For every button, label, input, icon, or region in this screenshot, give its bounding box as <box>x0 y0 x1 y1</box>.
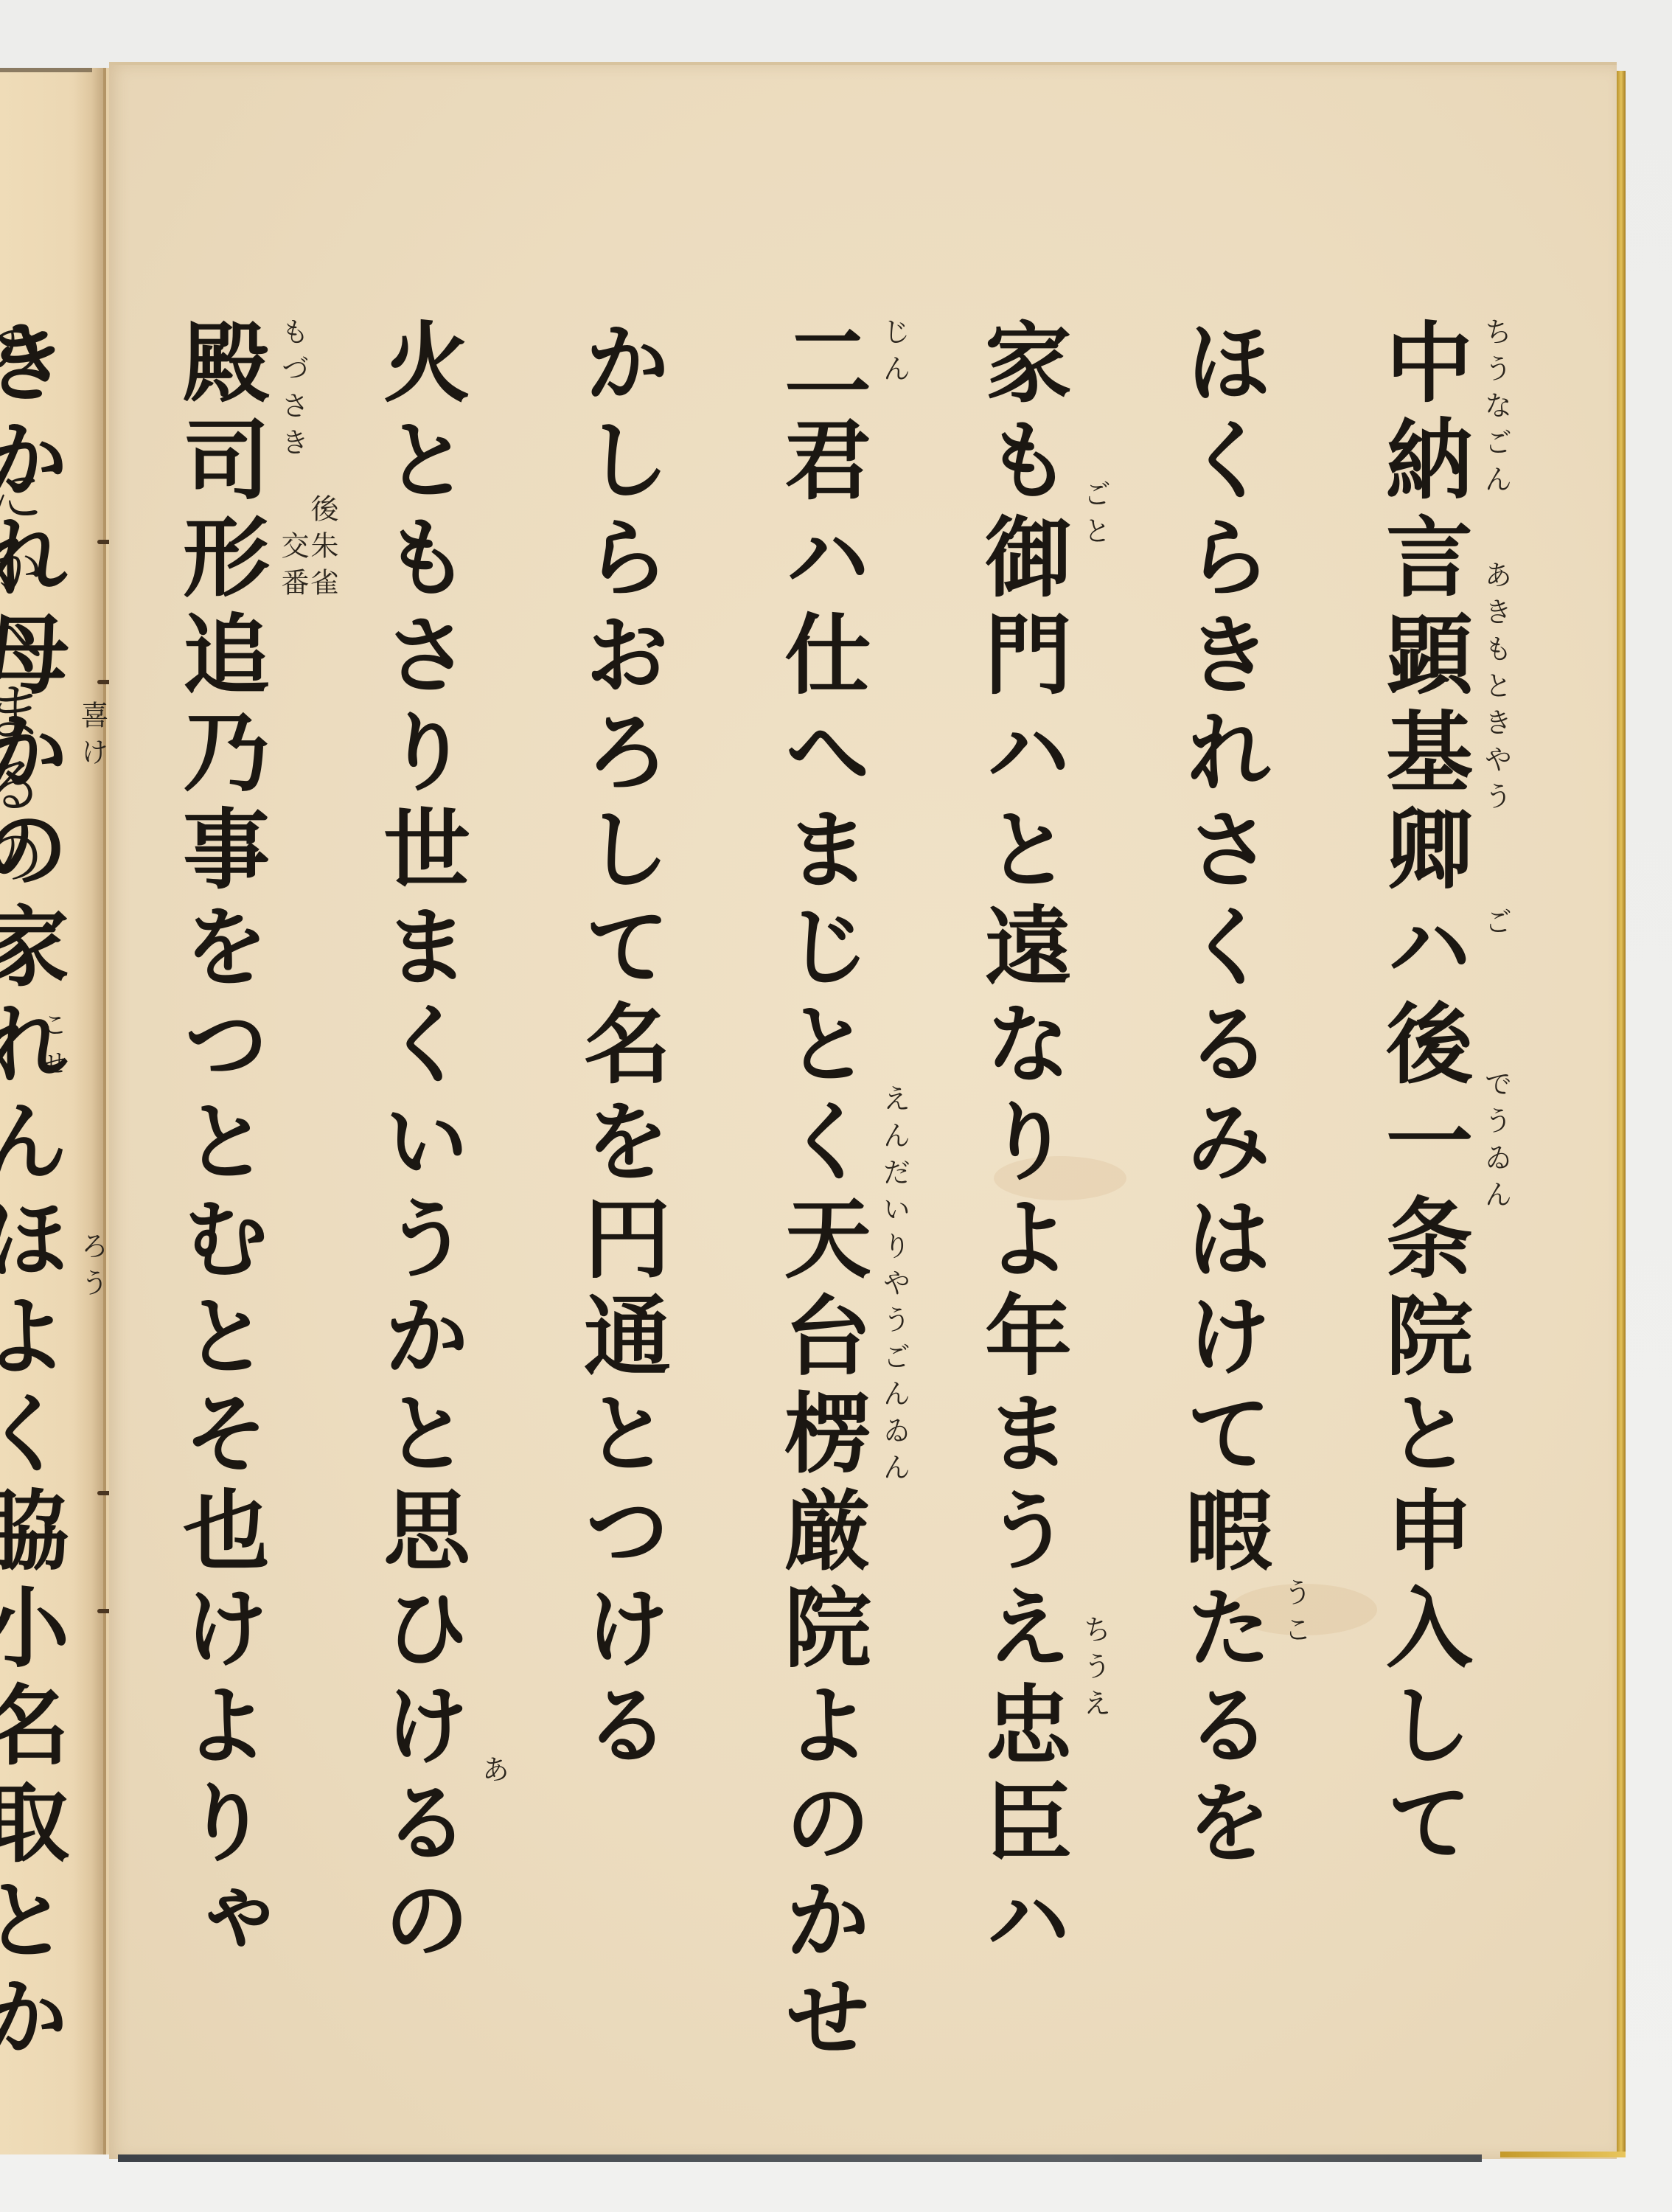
text-column-4: 二君ハ仕へまじとく天台楞厳院よのかせ じん えんだいりやうごんゐん <box>752 317 952 2072</box>
furigana: じん <box>880 317 908 391</box>
column-main-text: かしらおろして名を円通とつける <box>577 317 663 1777</box>
furigana: ご <box>1482 907 1510 944</box>
furigana: 交番 <box>279 531 307 605</box>
cover-bottom-edge <box>118 2154 1482 2162</box>
furigana: えんだいりやうごんゐん <box>880 1084 908 1489</box>
furigana: うこ <box>1281 1578 1309 1652</box>
column-main-text: 殿司形追乃事をつとむとそ也けよりゃ <box>175 317 262 1972</box>
text-column-5: かしらおろして名を円通とつける <box>551 317 752 2072</box>
text-column-1: 中納言顕基卿ハ後一条院と申入して ちうなごん あきもときやう ご でうゐん <box>1354 317 1554 2072</box>
text-column-8: きかれ母かの家れんほよく脇小名取とかあまここ 喜け ろう <box>0 317 150 2072</box>
text-columns: 中納言顕基卿ハ後一条院と申入して ちうなごん あきもときやう ご でうゐん ほく… <box>0 317 1554 2072</box>
gilt-page-edge <box>1617 71 1626 2154</box>
furigana: もづさき <box>279 317 307 465</box>
gilt-bottom-edge <box>1500 2152 1626 2157</box>
column-main-text: 二君ハ仕へまじとく天台楞厳院よのかせ <box>777 317 864 2069</box>
column-main-text: 家も御門ハと遠なりよ年まうえ忠臣ハ <box>978 317 1065 1972</box>
column-main-text: ほくらきれさくるみはけて暇たるを <box>1178 317 1265 1874</box>
column-main-text: 火ともさり世まくいうかと思ひけるの <box>376 317 463 1972</box>
furigana: ちうえ <box>1081 1615 1109 1725</box>
furigana: あきもときやう <box>1482 560 1510 818</box>
text-column-3: 家も御門ハと遠なりよ年まうえ忠臣ハ ごと ちうえ <box>952 317 1153 2072</box>
furigana: 後朱雀 <box>308 494 336 605</box>
furigana: ごと <box>1081 479 1109 553</box>
furigana: ちうなごん <box>1482 317 1510 501</box>
furigana: ろう <box>78 1231 106 1305</box>
column-main-text: 中納言顕基卿ハ後一条院と申入して <box>1379 317 1466 1874</box>
text-column-6: 火ともさり世まくいうかと思ひけるの あ <box>351 317 551 2072</box>
text-column-2: ほくらきれさくるみはけて暇たるを うこ <box>1153 317 1354 2072</box>
furigana: あ <box>479 1755 507 1792</box>
furigana: 喜け <box>78 700 106 774</box>
column-main-text: きかれ母かの家れんほよく脇小名取とかあまここ <box>0 317 62 2072</box>
text-column-7: 殿司形追乃事をつとむとそ也けよりゃ もづさき 後朱雀 交番 <box>150 317 351 2072</box>
furigana: でうゐん <box>1482 1069 1510 1217</box>
